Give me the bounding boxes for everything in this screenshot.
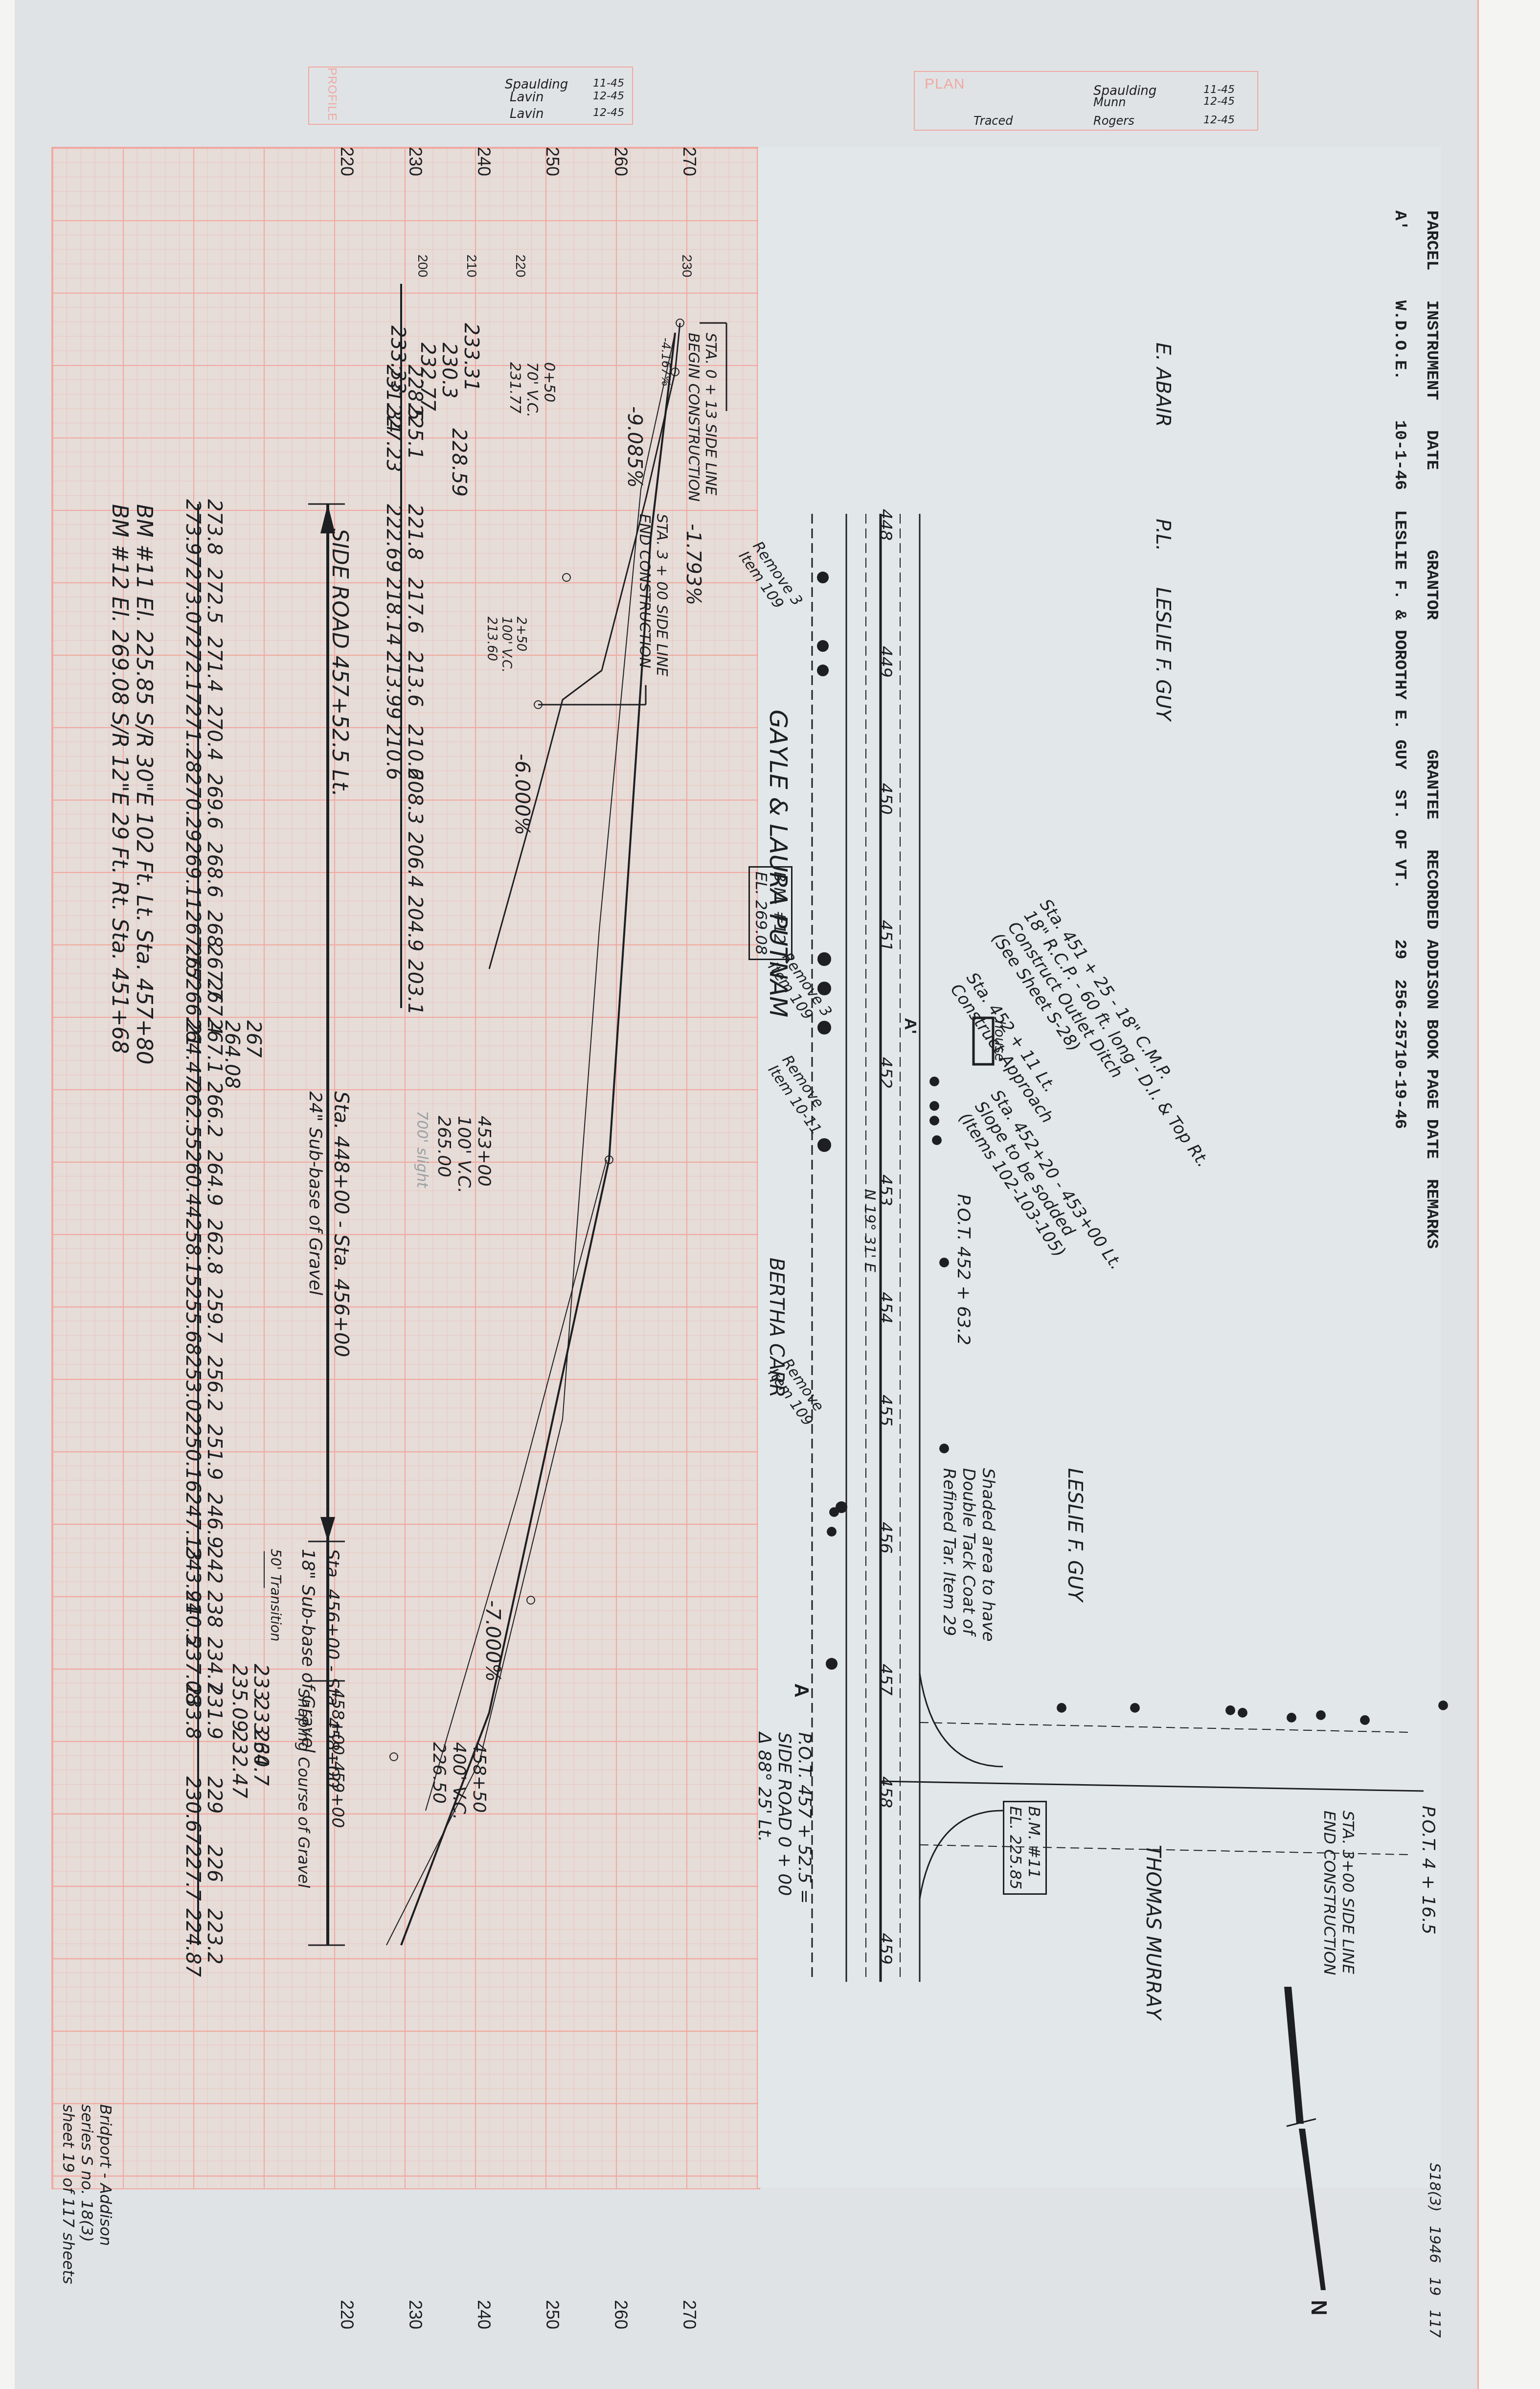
- vc-453-pencil: 700' slight: [413, 1111, 430, 1188]
- side-row: 206.4: [404, 832, 426, 888]
- house-label: house: [992, 1020, 1008, 1061]
- base-3-desc: Shaping Course of Gravel: [294, 1688, 313, 1888]
- side-row: 203.1: [404, 959, 426, 1015]
- callout-pot-side: P.O.T. 4 + 16.5: [1418, 1806, 1438, 1934]
- axis-tick: 250: [542, 147, 563, 176]
- owner-guy-south: LESLIE F. GUY: [1064, 1468, 1086, 1602]
- profile-row: 268.6269.11: [182, 842, 225, 910]
- side-road-label: SIDE ROAD 457+52.5 Lt.: [327, 528, 352, 797]
- axis-tick: 270: [679, 2300, 700, 2329]
- axis-tick: 230: [405, 2300, 426, 2329]
- callout-end-side: STA. 3+00 SIDE LINEEND CONSTRUCTION: [1320, 1811, 1358, 1975]
- axis-tick: 260: [611, 2300, 631, 2329]
- value: 213.99: [382, 651, 405, 719]
- axis-tick: 230: [405, 147, 426, 176]
- profile-row: 266.2262.55: [182, 1081, 225, 1150]
- profile-row: 273.8273.97: [182, 499, 225, 568]
- value: 222.69: [382, 504, 405, 573]
- grade-side-1: -4.167%: [659, 338, 673, 387]
- owner-guy-north: LESLIE F. GUY: [1152, 587, 1174, 721]
- parcel-table-header: PARCEL INSTRUMENT DATE GRANTOR GRANTEE R…: [1422, 210, 1441, 1249]
- plan-title-block: PLAN Spaulding 11-45 Munn 12-45 Traced R…: [914, 71, 1258, 131]
- plan-traced-date: 12-45: [1203, 114, 1235, 126]
- profile-row: 231.9233.8: [182, 1683, 225, 1740]
- profile-row: 259.7255.68: [182, 1287, 225, 1355]
- value: 233.31: [460, 323, 482, 391]
- plan-plotted-by: Munn: [1093, 95, 1126, 109]
- value: 208.3: [404, 768, 426, 825]
- axis-tick: 240: [474, 147, 494, 176]
- grade-main-1: -1.793%: [682, 524, 704, 605]
- side-row: 213.6213.99: [383, 651, 426, 719]
- bm-box-12: B.M. #12EL. 269.08: [748, 866, 793, 960]
- value: 206.4: [404, 832, 426, 888]
- profile-row: 223.2224.87: [182, 1908, 225, 1977]
- plan-traced-role: Traced: [974, 114, 1013, 128]
- border-line: [1477, 0, 1479, 2389]
- profile-row: 267.1264.47: [182, 1018, 225, 1086]
- callout-pot-452: P.O.T. 452 + 63.2: [953, 1194, 974, 1345]
- property-line-label: P.L.: [1152, 519, 1174, 551]
- axis-tick: 220: [337, 147, 357, 176]
- base-3-range: 458+00-459+00: [328, 1688, 347, 1828]
- axis-tick: 260: [611, 147, 631, 176]
- profile-row: 251.9250.16: [182, 1424, 225, 1493]
- profile-checked-date: 12-45: [593, 107, 624, 119]
- profile-title-block: PROFILE Spaulding 11-45 Lavin 12-45 Lavi…: [308, 67, 633, 125]
- plan-section-label: PLAN: [925, 76, 965, 92]
- value: 221.8: [404, 504, 426, 560]
- profile-surveyed-date: 11-45: [593, 77, 624, 90]
- profile-row: 264.9260.44: [182, 1150, 225, 1218]
- north-label: N: [1306, 2300, 1331, 2316]
- value: 210.6: [382, 724, 405, 781]
- axis-tick: 240: [474, 2300, 494, 2329]
- project-block: S18(3) 1946 19 117: [1426, 2163, 1443, 2338]
- vc-458: 458+50400' V.C.226.50: [429, 1742, 489, 1820]
- vc-side-050: 0+5070' V.C.231.77: [506, 362, 558, 417]
- profile-row: 267264.08: [221, 1020, 264, 1089]
- bm-box-11: B.M. #11EL. 225.85: [1003, 1801, 1047, 1895]
- profile-plotted-date: 12-45: [593, 90, 624, 102]
- axis-tick: 200: [415, 254, 430, 277]
- axis-tick: 220: [513, 254, 528, 277]
- axis-tick: 230: [679, 254, 695, 277]
- transition-note: 50' Transition: [268, 1549, 284, 1642]
- section-mark-a-prime: A': [901, 1018, 920, 1034]
- section-mark-a: A: [790, 1683, 812, 1698]
- axis-tick: 210: [464, 254, 479, 277]
- profile-row: 256.2253.02: [182, 1355, 225, 1424]
- grade-main-2: -7.000%: [481, 1600, 504, 1682]
- side-row: 204.9: [404, 896, 426, 952]
- grade-side-3: -6.000%: [511, 754, 533, 835]
- profile-row: 262.8258.15: [182, 1218, 225, 1287]
- callout-shaded-area: Shaded area to haveDouble Tack Coat ofRe…: [939, 1468, 998, 1642]
- side-grade: 228.59: [448, 428, 470, 497]
- plan-traced-by: Rogers: [1093, 114, 1134, 128]
- profile-plotted-by: Lavin: [510, 90, 544, 105]
- side-row: 208.3: [404, 768, 426, 825]
- end-side-construction-note: STA. 3 + 00 SIDE LINEEND CONSTRUCTION: [636, 514, 670, 676]
- owner-murray: THOMAS MURRAY: [1142, 1845, 1164, 2020]
- profile-row: 229230.67: [182, 1776, 225, 1845]
- value: 204.9: [404, 896, 426, 952]
- base-1-desc: 24" Sub-base of Gravel: [305, 1091, 325, 1295]
- sheet-reference: Bridport - Addisonseries S no. 18(3)shee…: [59, 2104, 115, 2284]
- side-row: 225.1227.23: [383, 404, 426, 472]
- begin-side-construction-note: STA. 0 + 13 SIDE LINEBEGIN CONSTRUCTION: [685, 333, 719, 502]
- value: 225.1: [404, 404, 426, 460]
- profile-row: 272.5273.07: [182, 568, 225, 636]
- side-grade: 233.31: [460, 323, 482, 391]
- vc-453: 453+00100' V.C.265.00: [434, 1116, 494, 1194]
- axis-tick: 250: [542, 2300, 563, 2329]
- value: 218.14: [382, 577, 405, 646]
- grade-side-2: -9.085%: [623, 406, 646, 488]
- value: 228.59: [448, 428, 470, 497]
- value: 230.3: [438, 343, 460, 399]
- profile-row: 230.7232.47: [228, 1730, 272, 1798]
- plan-plotted-date: 12-45: [1203, 95, 1235, 108]
- value: 217.6: [404, 577, 426, 634]
- parcel-table-row: A' W.D.O.E. 10-1-46 LESLIE F. & DOROTHY …: [1390, 210, 1409, 1129]
- profile-checked-by: Lavin: [510, 107, 544, 121]
- side-row: 217.6218.14: [383, 577, 426, 646]
- value: 227.23: [382, 404, 405, 472]
- owner-abair: E. ABAIR: [1152, 343, 1174, 427]
- profile-row: 271.4272.17: [182, 636, 225, 705]
- value: 213.6: [404, 651, 426, 707]
- benchmark-11: BM #11 El. 225.85 S/R 30"E 102 Ft. Lt. S…: [132, 504, 157, 1064]
- profile-row: 269.6270.29: [182, 773, 225, 842]
- axis-tick: 220: [337, 2300, 357, 2329]
- profile-row: 270.4271.28: [182, 705, 225, 773]
- profile-row: 226227.7: [182, 1845, 225, 1901]
- vc-side-250: 2+50100' V.C.213.60: [484, 617, 528, 673]
- benchmark-12: BM #12 El. 269.08 S/R 12"E 29 Ft. Rt. St…: [107, 504, 132, 1054]
- side-row: 221.8222.69: [383, 504, 426, 573]
- plan-surveyed-date: 11-45: [1203, 84, 1235, 96]
- base-1-range: Sta. 448+00 - Sta. 456+00: [330, 1091, 352, 1357]
- callout-pot-457: P.O.T. 457 + 52.5 =SIDE ROAD 0 + 00Δ 88°…: [754, 1732, 815, 1904]
- axis-tick: 270: [679, 147, 700, 176]
- profile-section-label: PROFILE: [325, 68, 339, 121]
- value: 203.1: [404, 959, 426, 1015]
